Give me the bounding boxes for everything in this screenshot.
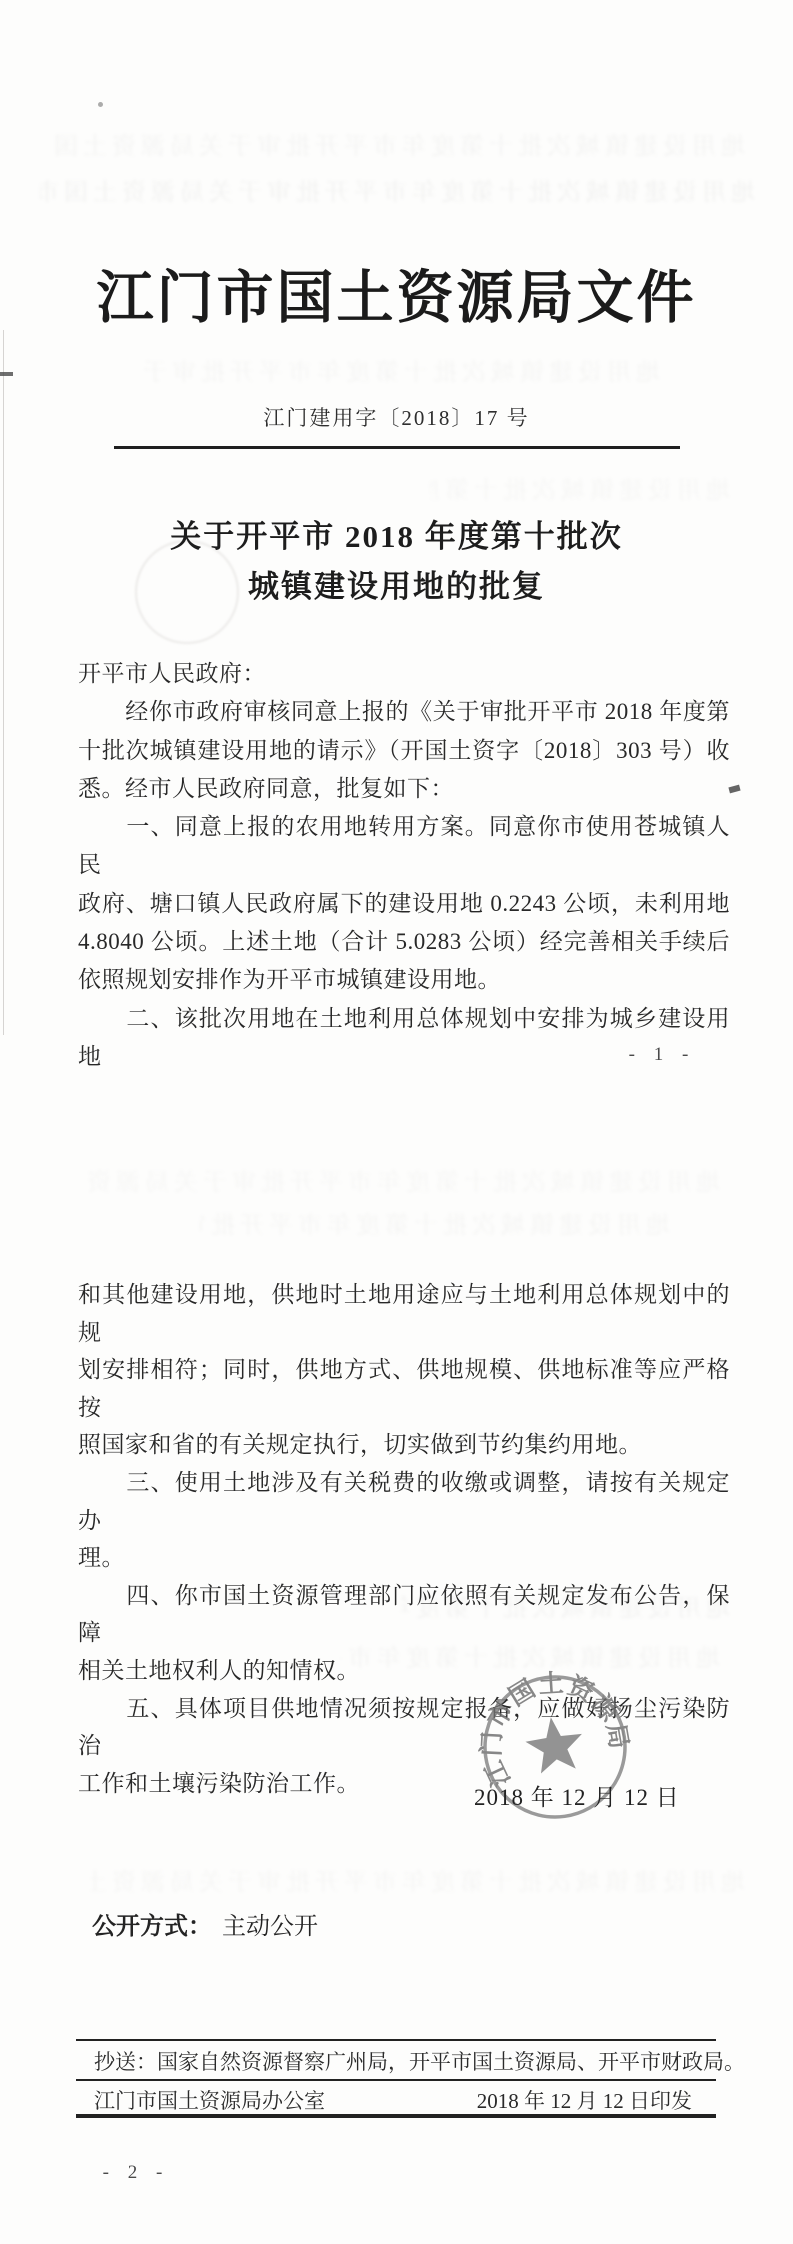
text-line: 三、使用土地涉及有关税费的收缴或调整，请按有关规定办 (78, 1464, 730, 1539)
document-title-line2: 城镇建设用地的批复 (0, 562, 793, 612)
footer-cc-line: 抄送：国家自然资源督察广州局，开平市国土资源局、开平市财政局。 (94, 2046, 714, 2076)
header-divider-rule (114, 446, 680, 449)
footer-office: 江门市国土资源局办公室 (94, 2085, 325, 2115)
text-line: 照国家和省的有关规定执行，切实做到节约集约用地。 (78, 1426, 730, 1464)
bleedthrough-strip: 地用设建镇城次批十第度年市平开批审于关局源资土国市门江复批的地用设建镇城 (90, 1862, 745, 1897)
document-title-line1: 关于开平市 2018 年度第十批次 (0, 512, 793, 562)
page2-number: - 2 - (96, 2162, 176, 2184)
bleedthrough-strip: 地用设建镇城次批十第度年市平开批审于关局源资土国市门江复批的地用设建镇城 (200, 1205, 670, 1240)
bleedthrough-strip: 地用设建镇城次批十第度年市平开批审于关局源资土国市门江复批的地用设建镇城 (430, 470, 730, 505)
text-line: 依照规划安排作为开平市城镇建设用地。 (78, 961, 730, 999)
scan-edge-line (3, 330, 4, 1035)
text-line: 经你市政府审核同意上报的《关于审批开平市 2018 年度第 (78, 693, 730, 731)
scan-speck (0, 372, 13, 376)
scan-speck (98, 102, 103, 107)
text-line: 悉。经市人民政府同意，批复如下： (78, 770, 730, 808)
issue-date: 2018 年 12 月 12 日 (474, 1779, 674, 1812)
publicity-label: 公开方式： (92, 1914, 212, 1940)
footer-issuer-row: 江门市国土资源局办公室 2018 年 12 月 12 日印发 (94, 2085, 692, 2115)
bleedthrough-strip: 地用设建镇城次批十第度年市平开批审于关局源资土国市门江复批的地用设建镇城 (140, 352, 660, 387)
text-line: 开平市人民政府： (78, 655, 730, 693)
text-line: 四、你市国土资源管理部门应依照有关规定发布公告，保障 (78, 1577, 730, 1652)
bleedthrough-strip: 地用设建镇城次批十第度年市平开批审于关局源资土国市门江复批的地用设建镇城 (55, 126, 745, 161)
page1-number: - 1 - (622, 1044, 702, 1066)
document-number: 江门建用字〔2018〕17 号 (0, 402, 793, 432)
publicity-value: 主动公开 (222, 1914, 318, 1940)
footer-rule-middle (76, 2079, 716, 2081)
footer-print-date: 2018 年 12 月 12 日印发 (477, 2085, 692, 2115)
bleedthrough-strip: 地用设建镇城次批十第度年市平开批审于关局源资土国市门江复批的地用设建镇城 (40, 172, 755, 207)
footer-rule-top (76, 2039, 716, 2041)
text-line: 划安排相符；同时，供地方式、供地规模、供地标准等应严格按 (78, 1351, 730, 1426)
official-seal-icon: 江门市国土资源局 (460, 1652, 650, 1842)
scanned-document-page: 地用设建镇城次批十第度年市平开批审于关局源资土国市门江复批的地用设建镇城 地用设… (0, 0, 793, 2244)
issuing-org-header: 江门市国土资源局文件 (0, 252, 793, 334)
text-line: 十批次城镇建设用地的请示》（开国土资字〔2018〕303 号）收 (78, 732, 730, 770)
document-title: 关于开平市 2018 年度第十批次 城镇建设用地的批复 (0, 512, 793, 612)
scan-speck (728, 785, 740, 794)
publicity-row: 公开方式：主动公开 (92, 1906, 318, 1941)
text-line: 相关土地权利人的知情权。 (78, 1652, 730, 1690)
text-line: 政府、塘口镇人民政府属下的建设用地 0.2243 公顷，未利用地 (78, 885, 730, 923)
page1-body-text: 开平市人民政府： 经你市政府审核同意上报的《关于审批开平市 2018 年度第十批… (78, 655, 730, 1076)
footer-rule-bottom (76, 2114, 716, 2118)
text-line: 4.8040 公顷。上述土地（合计 5.0283 公顷）经完善相关手续后 (78, 923, 730, 961)
bleedthrough-strip: 地用设建镇城次批十第度年市平开批审于关局源资土国市门江复批的地用设建镇城 (80, 1162, 720, 1197)
seal-star-icon (523, 1713, 587, 1775)
official-seal: 江门市国土资源局 (460, 1652, 650, 1842)
text-line: 和其他建设用地，供地时土地用途应与土地利用总体规划中的规 (78, 1276, 730, 1351)
text-line: 一、同意上报的农用地转用方案。同意你市使用苍城镇人民 (78, 808, 730, 885)
text-line: 理。 (78, 1539, 730, 1577)
